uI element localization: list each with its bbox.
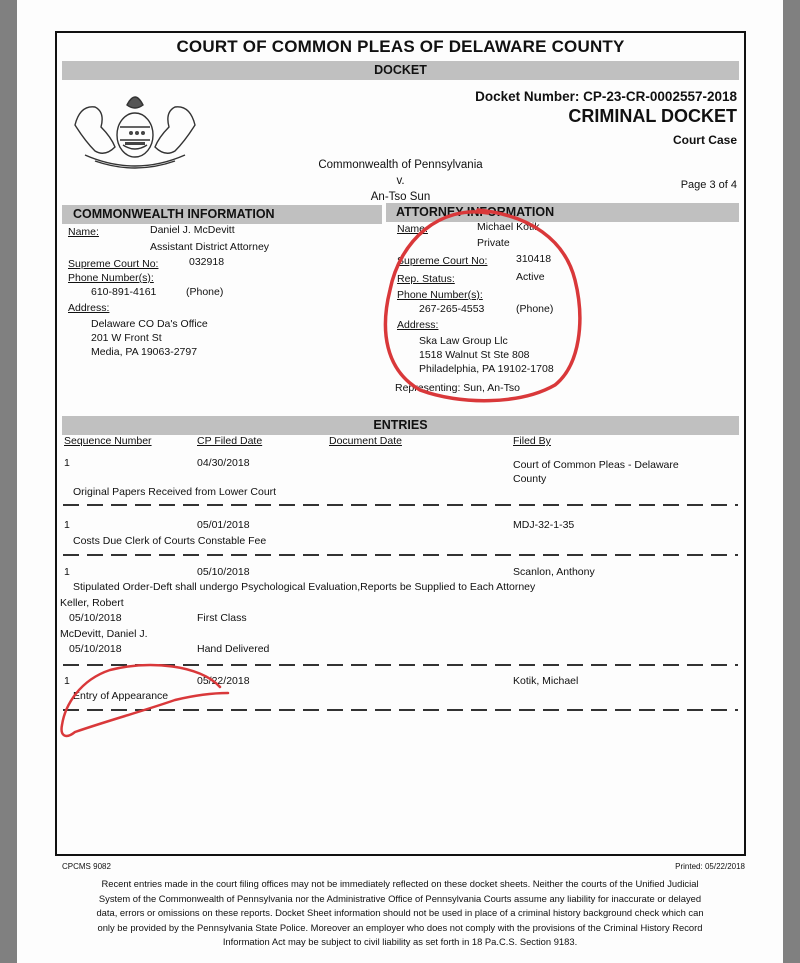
entry-filed-by: Court of Common Pleas - Delaware xyxy=(513,459,679,471)
entry-seq: 1 xyxy=(64,566,70,578)
entry-seq: 1 xyxy=(64,675,70,687)
entry-cp-filed: 05/22/2018 xyxy=(197,675,250,687)
atty-rep-status-label: Rep. Status: xyxy=(397,273,455,285)
entry-description: Entry of Appearance xyxy=(73,690,168,702)
disclaimer-line: System of the Commonwealth of Pennsylvan… xyxy=(77,892,723,907)
entry-filed-by: Scanlon, Anthony xyxy=(513,566,595,578)
service-name: McDevitt, Daniel J. xyxy=(60,628,148,640)
entry-cp-filed: 05/01/2018 xyxy=(197,519,250,531)
entry-cp-filed: 04/30/2018 xyxy=(197,457,250,469)
entry-cp-filed: 05/10/2018 xyxy=(197,566,250,578)
entry-seq: 1 xyxy=(64,519,70,531)
atty-address-label: Address: xyxy=(397,319,438,331)
disclaimer: Recent entries made in the court filing … xyxy=(77,877,723,950)
atty-phone: 267-265-4553 xyxy=(419,303,484,315)
entry-description: Stipulated Order-Deft shall undergo Psyc… xyxy=(73,581,535,593)
docket-bar: DOCKET xyxy=(62,61,739,80)
entry-filed-by: County xyxy=(513,473,546,485)
cw-phone: 610-891-4161 xyxy=(91,286,156,298)
service-method: First Class xyxy=(197,612,247,624)
docket-number: Docket Number: CP-23-CR-0002557-2018 xyxy=(475,89,737,104)
atty-court-no: 310418 xyxy=(516,253,551,265)
cw-title: Assistant District Attorney xyxy=(150,241,269,253)
caption-plaintiff: Commonwealth of Pennsylvania xyxy=(57,159,744,171)
docket-type: CRIMINAL DOCKET xyxy=(568,106,737,127)
service-name: Keller, Robert xyxy=(60,597,124,609)
entry-description: Costs Due Clerk of Courts Constable Fee xyxy=(73,535,266,547)
atty-rep-status: Active xyxy=(516,271,545,283)
cw-court-no-label: Supreme Court No: xyxy=(68,258,158,270)
disclaimer-line: data, errors or omissions on these repor… xyxy=(77,906,723,921)
cw-phone-type: (Phone) xyxy=(186,286,223,298)
atty-name: Michael Kotik xyxy=(477,221,539,233)
entry-filed-by: MDJ-32-1-35 xyxy=(513,519,574,531)
service-method: Hand Delivered xyxy=(197,643,269,655)
atty-phone-label: Phone Number(s): xyxy=(397,289,483,301)
page-number: Page 3 of 4 xyxy=(681,179,737,191)
col-sequence-number: Sequence Number xyxy=(64,435,152,447)
atty-court-no-label: Supreme Court No: xyxy=(397,255,487,267)
cw-address-line: Delaware CO Da's Office xyxy=(91,318,208,330)
atty-address-line: 1518 Walnut St Ste 808 xyxy=(419,349,530,361)
col-cp-filed-date: CP Filed Date xyxy=(197,435,262,447)
entries-heading: ENTRIES xyxy=(62,416,739,435)
commonwealth-heading: COMMONWEALTH INFORMATION xyxy=(62,205,382,224)
disclaimer-line: only be provided by the Pennsylvania Sta… xyxy=(77,921,723,936)
case-type: Court Case xyxy=(673,133,737,147)
caption-versus: v. xyxy=(57,175,744,187)
document-page: COURT OF COMMON PLEAS OF DELAWARE COUNTY… xyxy=(17,0,783,963)
caption-defendant: An-Tso Sun xyxy=(57,191,744,203)
service-date: 05/10/2018 xyxy=(69,643,122,655)
entry-filed-by: Kotik, Michael xyxy=(513,675,578,687)
cw-address-line: Media, PA 19063-2797 xyxy=(91,346,197,358)
row-divider xyxy=(63,504,738,506)
row-divider xyxy=(63,664,738,666)
disclaimer-line: Recent entries made in the court filing … xyxy=(77,877,723,892)
docket-frame: COURT OF COMMON PLEAS OF DELAWARE COUNTY… xyxy=(55,31,746,856)
entry-seq: 1 xyxy=(64,457,70,469)
cw-name-label: Name: xyxy=(68,226,99,238)
atty-representing: Representing: Sun, An-Tso xyxy=(395,382,520,394)
service-date: 05/10/2018 xyxy=(69,612,122,624)
col-filed-by: Filed By xyxy=(513,435,551,447)
atty-address-line: Ska Law Group Llc xyxy=(419,335,508,347)
disclaimer-line: Information Act may be subject to civil … xyxy=(77,935,723,950)
atty-type: Private xyxy=(477,237,510,249)
attorney-heading: ATTORNEY INFORMATION xyxy=(386,203,739,222)
printed-date: Printed: 05/22/2018 xyxy=(675,862,745,871)
col-document-date: Document Date xyxy=(329,435,402,447)
cw-phone-label: Phone Number(s): xyxy=(68,272,154,284)
row-divider xyxy=(63,709,738,711)
cw-name: Daniel J. McDevitt xyxy=(150,224,235,236)
court-title: COURT OF COMMON PLEAS OF DELAWARE COUNTY xyxy=(57,37,744,57)
entry-description: Original Papers Received from Lower Cour… xyxy=(73,486,276,498)
cw-address-label: Address: xyxy=(68,302,109,314)
row-divider xyxy=(63,554,738,556)
atty-address-line: Philadelphia, PA 19102-1708 xyxy=(419,363,554,375)
atty-name-label: Name: xyxy=(397,223,428,235)
form-id: CPCMS 9082 xyxy=(62,862,111,871)
atty-phone-type: (Phone) xyxy=(516,303,553,315)
cw-address-line: 201 W Front St xyxy=(91,332,162,344)
cw-court-no: 032918 xyxy=(189,256,224,268)
